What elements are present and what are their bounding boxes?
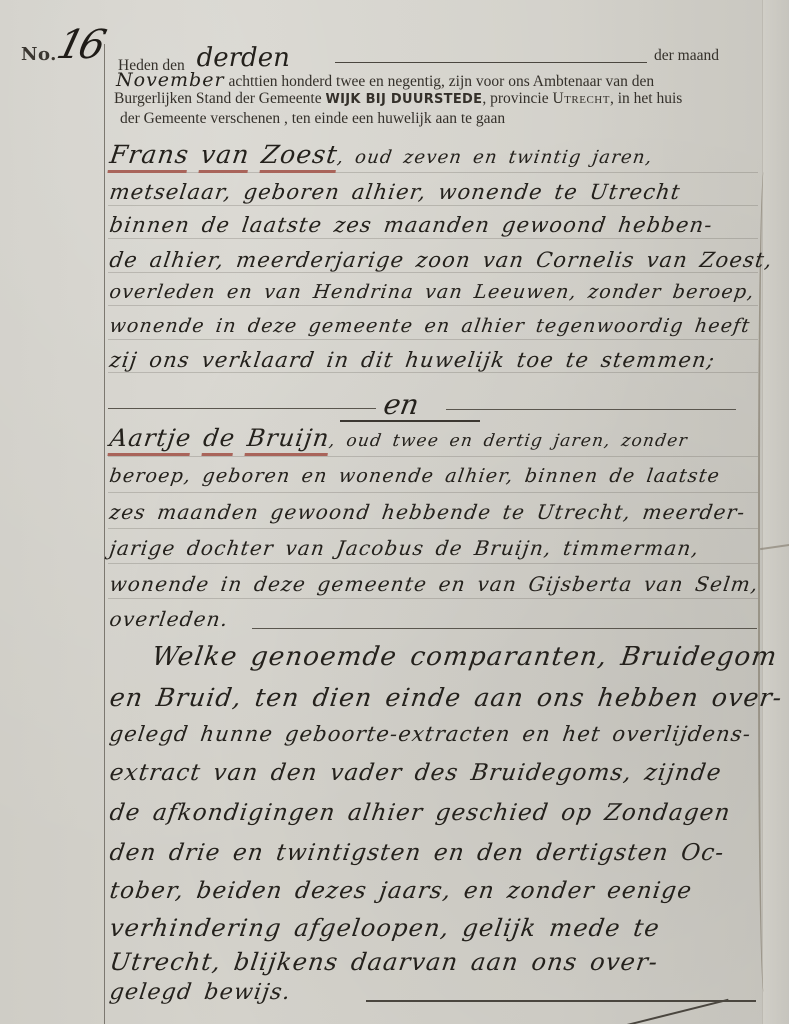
bride-line-2: zes maanden gewoond hebbende te Utrecht,…: [108, 500, 761, 524]
province: Utrecht: [552, 90, 609, 107]
binding-string: [758, 172, 772, 992]
bride-first-name: Aartje: [107, 424, 193, 456]
header-line-3-middle: , provincie: [482, 90, 548, 107]
record-number-value: 16: [52, 22, 106, 68]
groom-last-name: Zoest: [259, 140, 340, 173]
groom-line-5: wonende in deze gemeente en alhier tegen…: [108, 315, 761, 337]
closing-end-line: [366, 1000, 756, 1002]
bride-middle-name: de: [201, 424, 237, 456]
ruled-line: [108, 598, 758, 599]
ruled-line: [108, 456, 758, 457]
header-line-2: November achttien honderd twee en negent…: [116, 69, 654, 91]
municipality: WIJK BIJ DUURSTEDE: [325, 92, 482, 107]
bride-name-line: Aartje de Bruijn, oud twee en dertig jar…: [108, 424, 762, 452]
closing-line-4: extract van den vader des Bruidegoms, zi…: [108, 760, 762, 786]
groom-line-3: de alhier, meerderjarige zoon van Cornel…: [108, 248, 761, 272]
month-handwritten: November: [116, 69, 225, 91]
header-line-3: Burgerlijken Stand der Gemeente WIJK BIJ…: [114, 90, 682, 108]
ruled-line: [108, 492, 758, 493]
ruled-line: [108, 238, 758, 239]
closing-line-1: Welke genoemde comparanten, Bruidegom: [150, 642, 789, 672]
bride-line-3: jarige dochter van Jacobus de Bruijn, ti…: [108, 536, 761, 560]
closing-line-8: verhindering afgeloopen, gelijk mede te: [108, 914, 762, 942]
header-line-4: der Gemeente verschenen , ten einde een …: [120, 110, 505, 128]
header-line-2-text: achttien honderd twee en negentig, zijn …: [228, 73, 654, 90]
separator-word: en: [381, 388, 421, 421]
day-fill-line: [335, 62, 647, 63]
closing-line-7: tober, beiden dezes jaars, en zonder een…: [108, 878, 762, 904]
groom-age: , oud zeven en twintig jaren,: [336, 147, 654, 168]
closing-line-9: Utrecht, blijkens daarvan aan ons over-: [108, 948, 762, 976]
header-line-3-suffix: , in het huis: [610, 90, 682, 107]
ruled-line: [108, 528, 758, 529]
groom-line-2: binnen de laatste zes maanden gewoond he…: [108, 213, 761, 237]
ruled-line: [108, 272, 758, 273]
groom-first-name: Frans: [107, 140, 191, 173]
closing-line-5: de afkondigingen alhier geschied op Zond…: [108, 800, 762, 826]
bride-closing-line: [252, 628, 757, 629]
separator-line-right: [446, 409, 736, 410]
closing-line-2: en Bruid, ten dien einde aan ons hebben …: [108, 683, 762, 712]
separator-line-left: [108, 408, 376, 409]
bride-line-1: beroep, geboren en wonende alhier, binne…: [108, 465, 761, 487]
ruled-line: [108, 339, 758, 340]
groom-name-line: Frans van Zoest, oud zeven en twintig ja…: [108, 140, 762, 169]
ruled-line: [108, 205, 758, 206]
ruled-line: [108, 563, 758, 564]
groom-line-4: overleden en van Hendrina van Leeuwen, z…: [108, 281, 761, 303]
header-suffix: der maand: [654, 47, 719, 65]
separator-underline: [340, 420, 480, 422]
bride-line-4: wonende in deze gemeente en van Gijsbert…: [108, 572, 761, 596]
groom-line-1: metselaar, geboren alhier, wonende te Ut…: [108, 180, 761, 204]
bride-last-name: Bruijn: [245, 424, 332, 456]
groom-middle-name: van: [198, 140, 251, 173]
ruled-line: [108, 305, 758, 306]
groom-line-6: zij ons verklaard in dit huwelijk toe te…: [108, 348, 761, 372]
header-line-3-prefix: Burgerlijken Stand der Gemeente: [114, 90, 322, 107]
margin-line: [104, 44, 105, 1024]
closing-line-6: den drie en twintigsten en den dertigste…: [108, 840, 762, 866]
closing-line-3: gelegd hunne geboorte-extracten en het o…: [108, 722, 761, 746]
bride-age: , oud twee en dertig jaren, zonder: [328, 431, 689, 451]
record-number-label: No.: [21, 44, 57, 65]
ruled-line: [108, 372, 758, 373]
